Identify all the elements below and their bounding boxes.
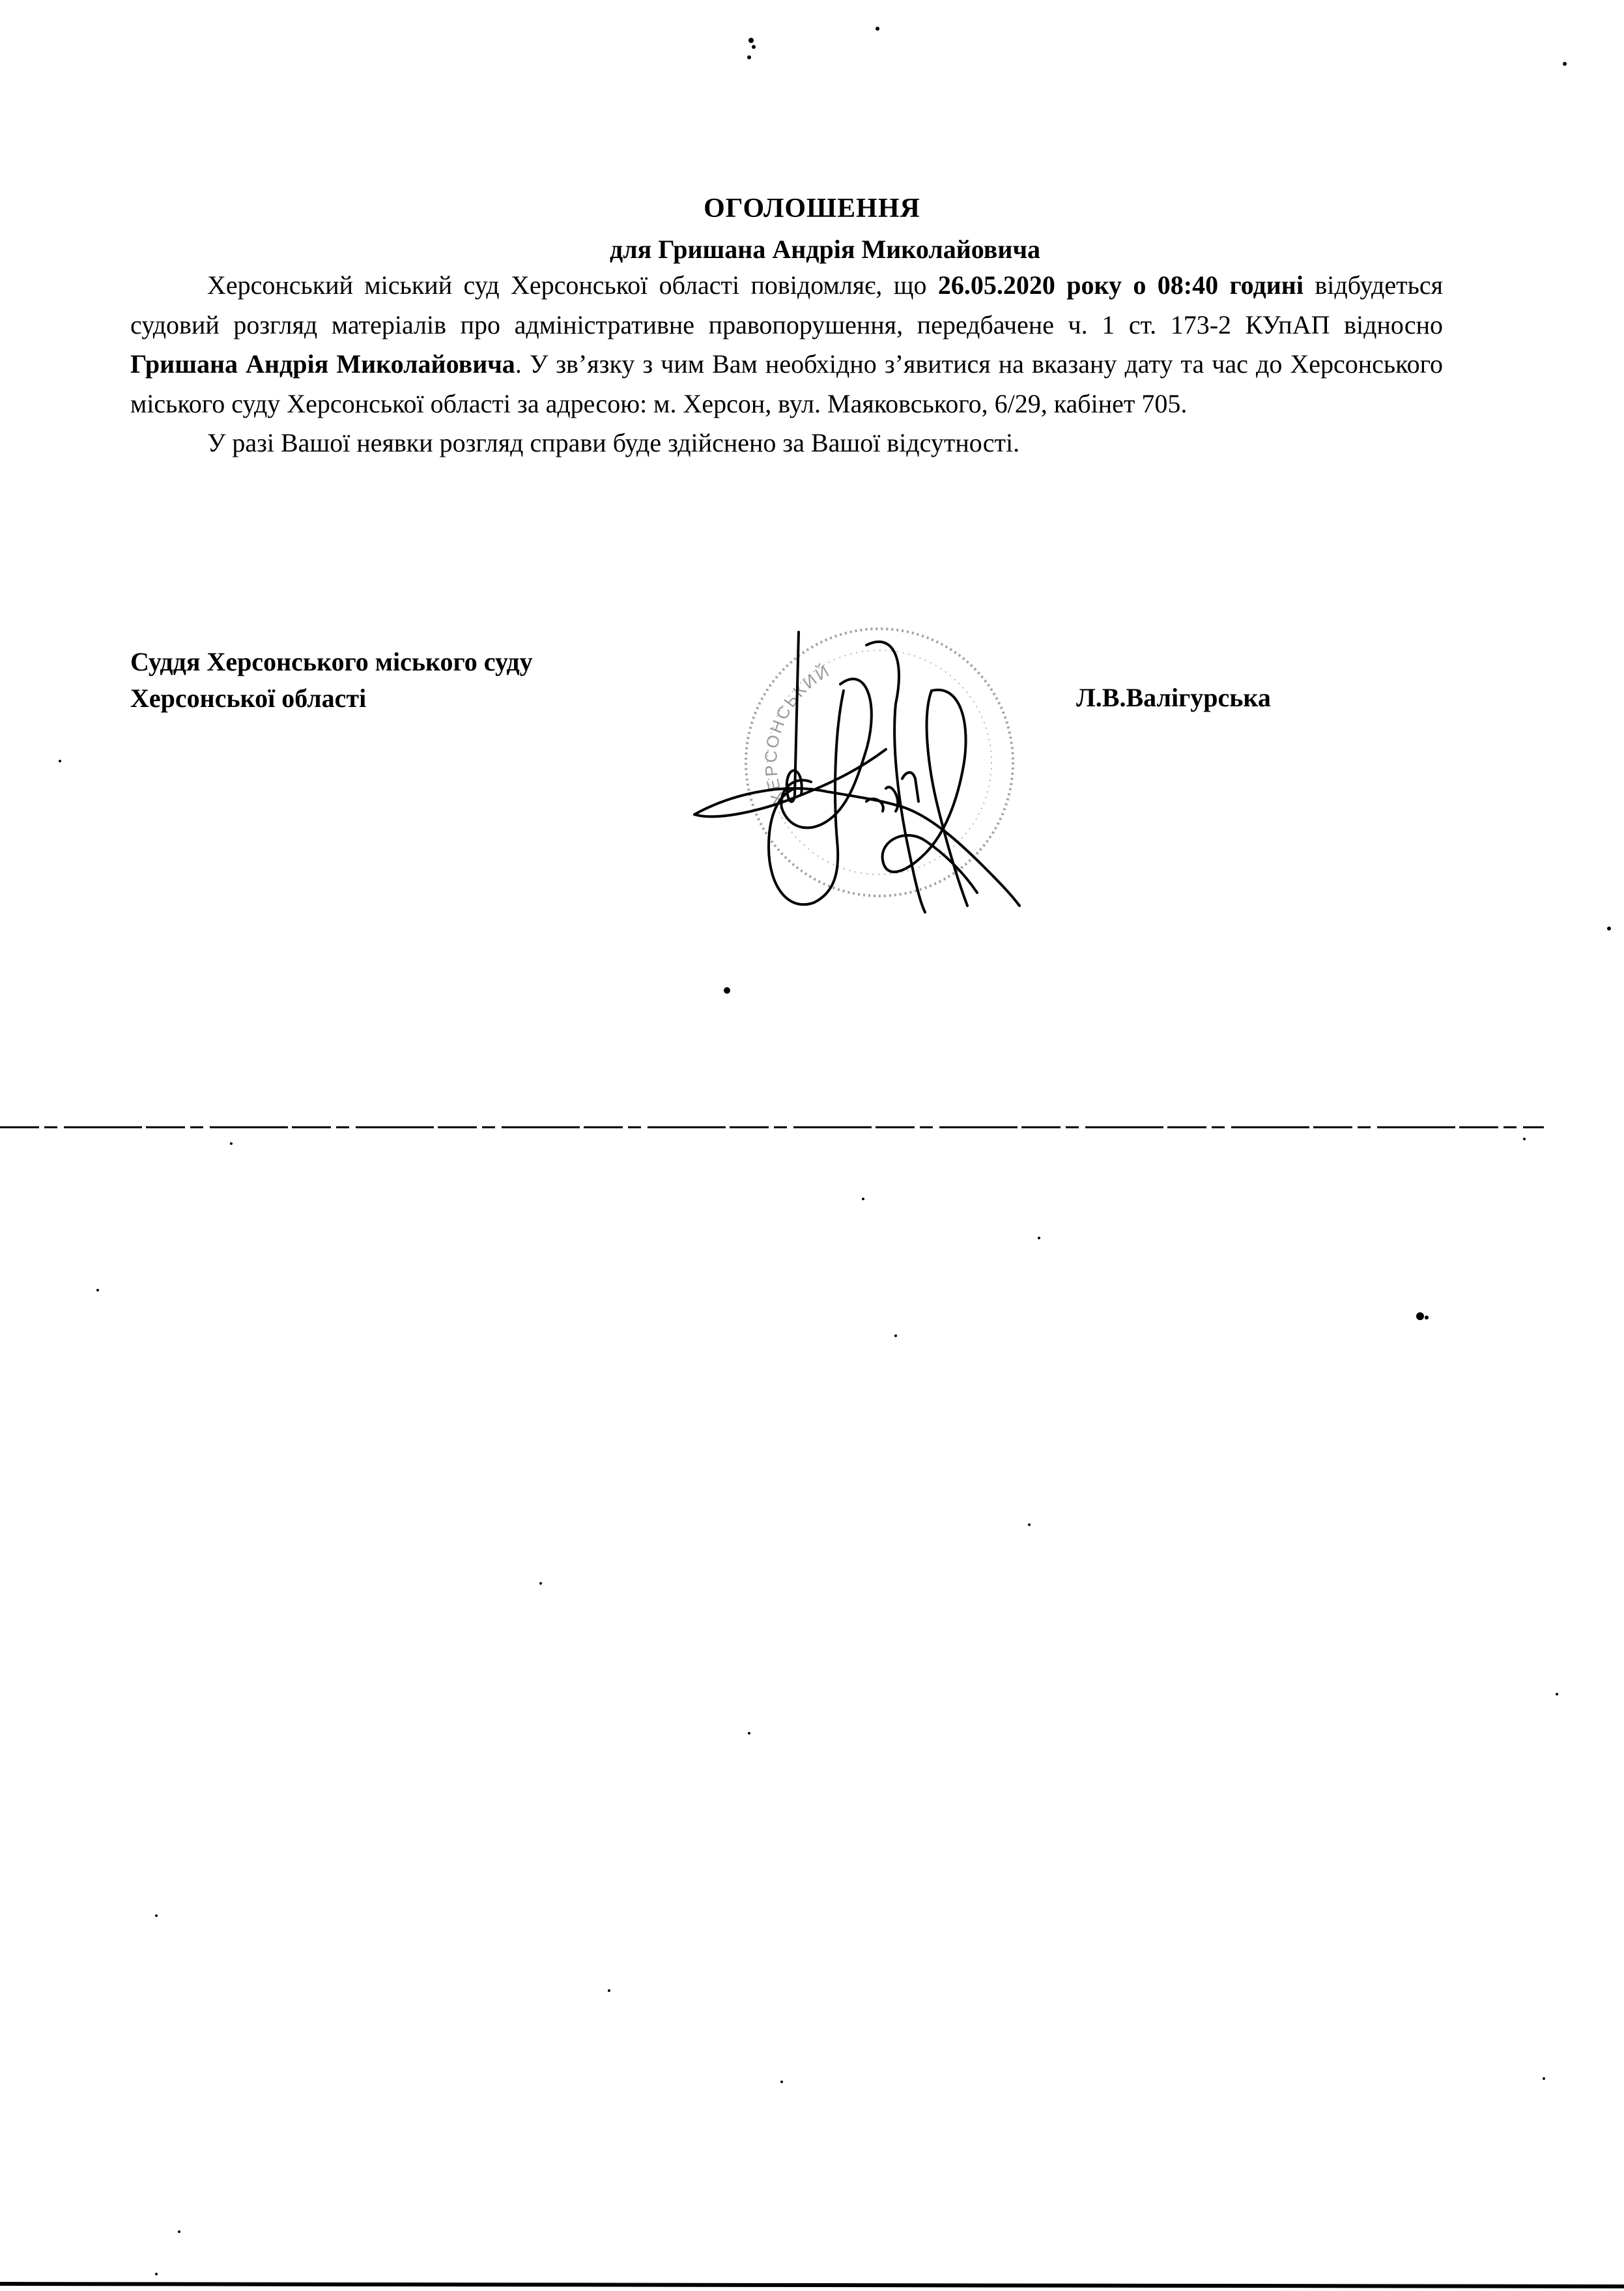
notice-paragraph-1: Херсонський міський суд Херсонської обла… (130, 266, 1443, 424)
defendant-name: Гришана Андрія Миколайовича (130, 349, 515, 379)
judge-position-line-1: Суддя Херсонського міського суду (130, 644, 533, 680)
notice-body: Херсонський міський суд Херсонської обла… (130, 266, 1443, 463)
court-stamp-and-signature: ХЕРСОНСЬКИЙ (671, 586, 1062, 925)
judge-position-line-2: Херсонської області (130, 680, 533, 717)
document-subtitle: для Гришана Андрія Миколайовича (0, 231, 1624, 268)
page-bottom-edge (0, 2284, 1624, 2286)
judge-name: Л.В.Валігурська (1076, 680, 1271, 716)
paragraph-1-part-1: Херсонський міський суд Херсонської обла… (207, 270, 938, 300)
signature-icon (694, 632, 1019, 912)
notice-paragraph-2: У разі Вашої неявки розгляд справи буде … (130, 424, 1443, 463)
hearing-date-time: 26.05.2020 року о 08:40 годині (938, 270, 1303, 300)
document-title: ОГОЛОШЕННЯ (0, 190, 1624, 227)
judge-position: Суддя Херсонського міського суду Херсонс… (130, 644, 533, 717)
document-page: ОГОЛОШЕННЯ для Гришана Андрія Миколайови… (0, 0, 1624, 2291)
